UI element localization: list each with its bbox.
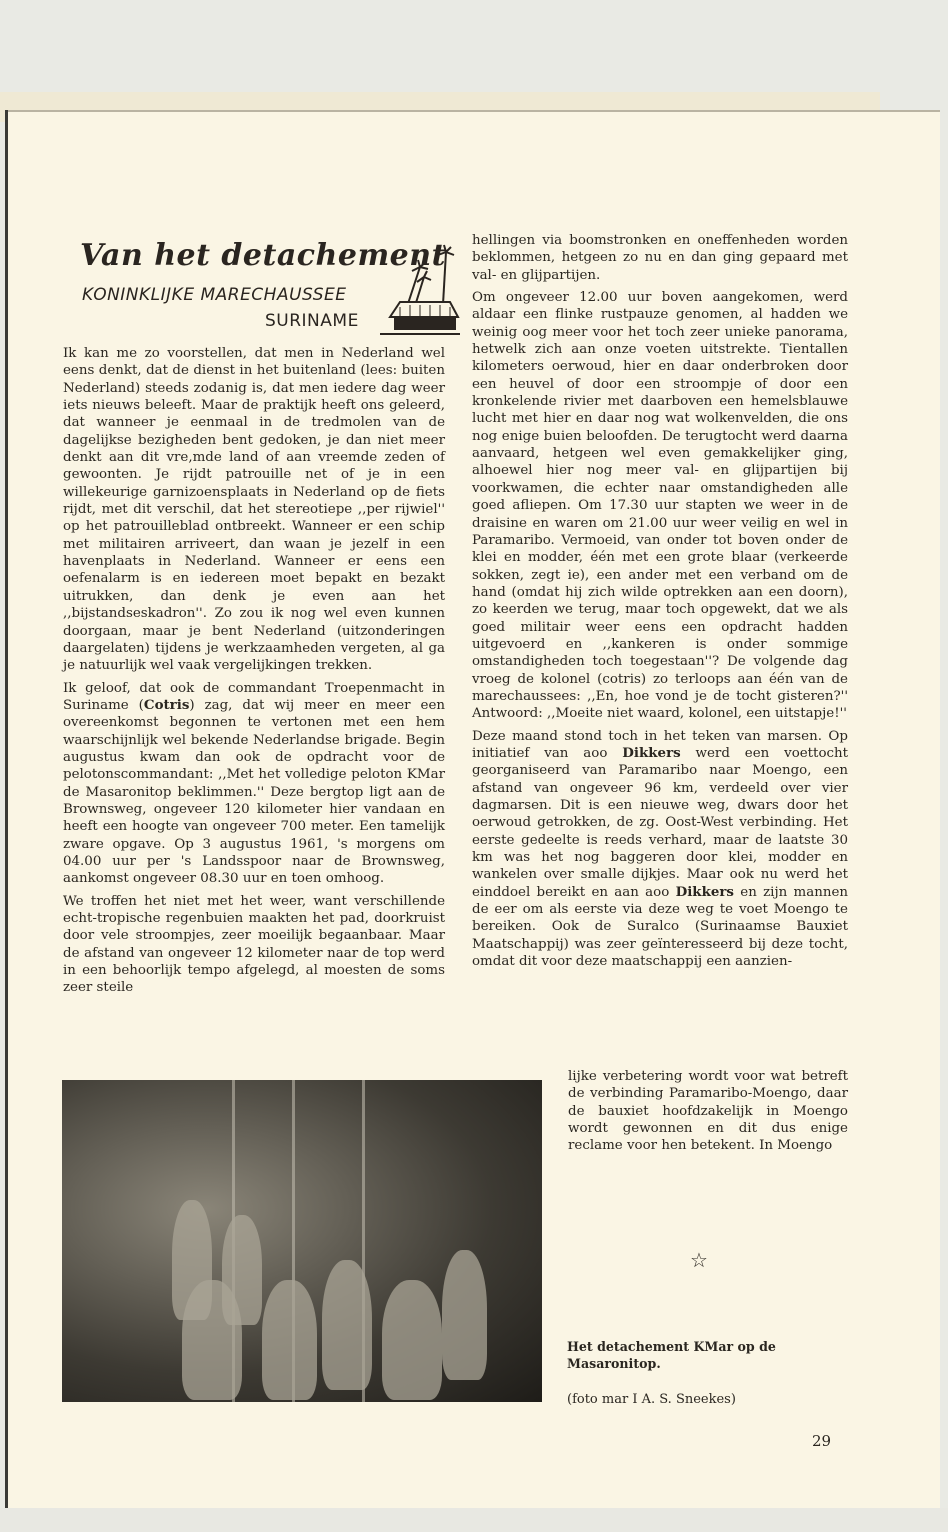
scan-background — [0, 1508, 948, 1532]
star-icon: ☆ — [690, 1248, 708, 1272]
group-photo — [62, 1080, 542, 1402]
paragraph: hellingen via boomstronken en oneffenhed… — [472, 232, 848, 284]
bold-text: Cotris — [144, 697, 189, 713]
right-column-continuation: lijke verbetering wordt voor wat betreft… — [568, 1068, 848, 1155]
paragraph: Ik geloof, dat ook de commandant Troepen… — [63, 680, 445, 888]
paragraph: lijke verbetering wordt voor wat betreft… — [568, 1068, 848, 1155]
photo-figure — [382, 1280, 442, 1400]
photo-figure — [182, 1280, 242, 1400]
text: werd een voettocht georganiseerd van Par… — [472, 746, 848, 900]
photo-caption: Het detachement KMar op de Masaronitop. — [567, 1338, 827, 1372]
photo-credit: (foto mar I A. S. Sneekes) — [567, 1392, 736, 1407]
right-column: hellingen via boomstronken en oneffenhed… — [472, 232, 848, 970]
photo-figure — [442, 1250, 487, 1380]
palm-trees-hut-icon — [380, 242, 460, 337]
article-subtitle-line1: KONINKLIJKE MARECHAUSSEE — [82, 285, 347, 305]
photo-figure — [262, 1280, 317, 1400]
paragraph: We troffen het niet met het weer, want v… — [63, 893, 445, 997]
bold-text: Dikkers — [622, 745, 680, 761]
paragraph: Om ongeveer 12.00 uur boven aangekomen, … — [472, 289, 848, 723]
paragraph: Ik kan me zo voorstellen, dat men in Ned… — [63, 345, 445, 675]
photo-figure — [322, 1260, 372, 1390]
page-number: 29 — [812, 1432, 831, 1450]
text: ) zag, dat wij meer en meer een overeenk… — [63, 698, 445, 886]
paragraph: Deze maand stond toch in het teken van m… — [472, 728, 848, 971]
left-column: Ik kan me zo voorstellen, dat men in Ned… — [63, 345, 445, 997]
article-header: Van het detachement KONINKLIJKE MARECHAU… — [80, 238, 460, 338]
bold-text: Dikkers — [676, 884, 734, 900]
article-subtitle-line2: SURINAME — [265, 311, 359, 331]
